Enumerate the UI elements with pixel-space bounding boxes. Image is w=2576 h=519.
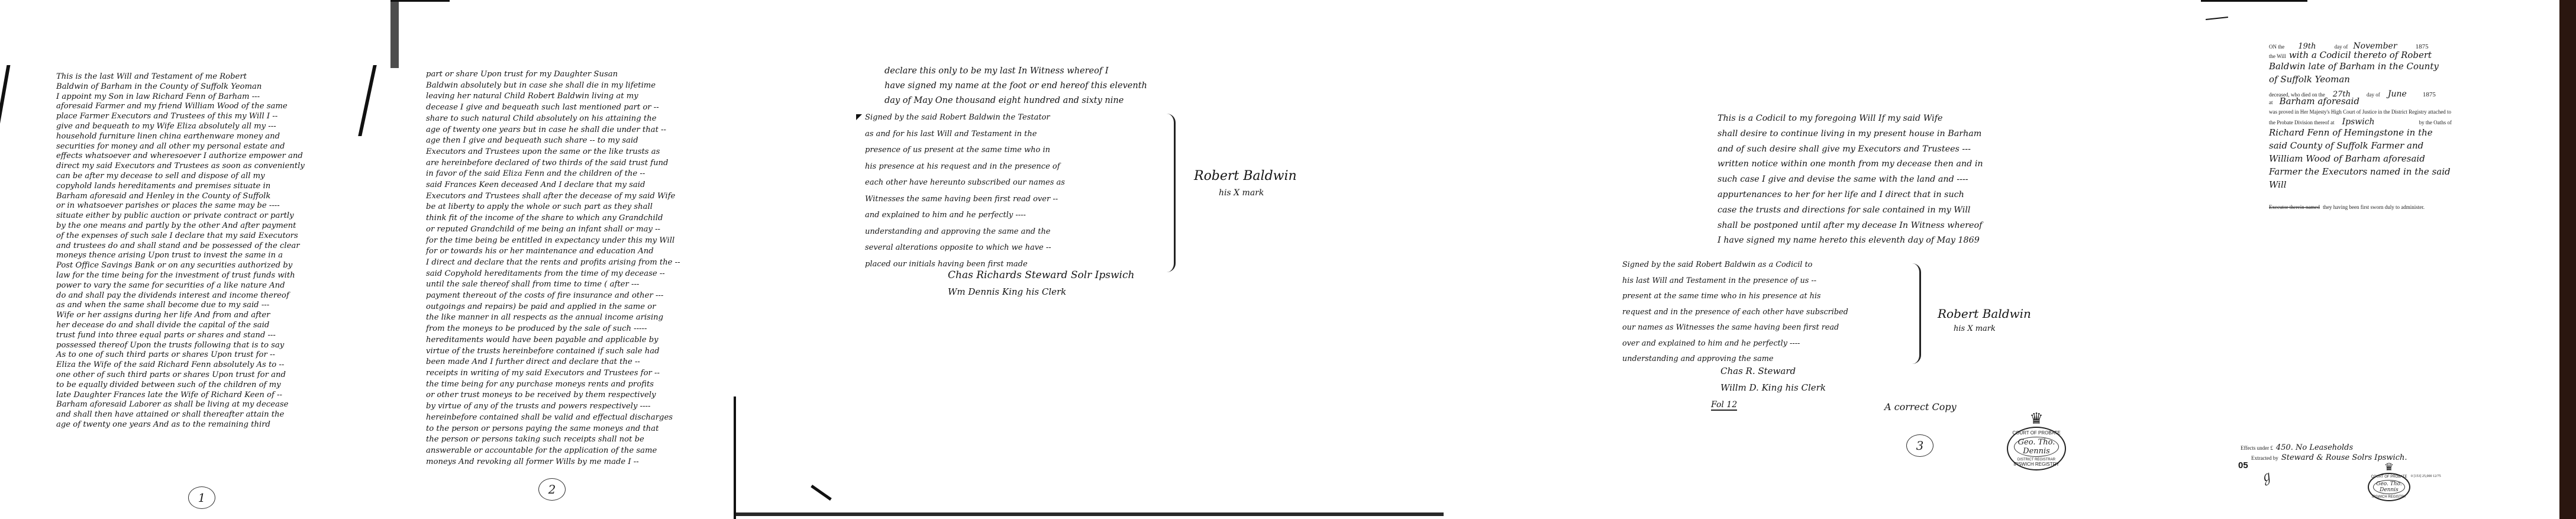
text-line: his last Will and Testament in the prese… xyxy=(1622,273,1848,289)
margin-stroke xyxy=(2206,17,2228,20)
will-page-2-text: part or share Upon trust for my Daughter… xyxy=(426,69,680,468)
text-line: the time being for any purchase moneys r… xyxy=(426,379,680,391)
text-line: law for the time being for the investmen… xyxy=(56,271,305,281)
codicil-page: This is a Codicil to my foregoing Will I… xyxy=(1562,0,2154,519)
text-line: as and for his last Will and Testament i… xyxy=(865,126,1065,143)
text-line: for or towards his or her maintenance an… xyxy=(426,246,680,257)
will-of-line-2: Baldwin late of Barham in the County xyxy=(2269,61,2439,72)
text-line: presence of us present at the same time … xyxy=(865,142,1065,159)
page-edge-shadow xyxy=(0,65,10,142)
text-line: said Copyhold hereditaments from the tim… xyxy=(426,269,680,280)
codicil-witness-2: Willm D. King his Clerk xyxy=(1720,382,1826,393)
text-line: hereinbefore contained shall be valid an… xyxy=(426,412,680,424)
text-line: Executors and Trustees shall after the d… xyxy=(426,191,680,202)
text-line: for the time being be entitled in expect… xyxy=(426,236,680,247)
text-line: Executors and Trustees upon the same or … xyxy=(426,147,680,158)
text-line: said Frances Keen deceased And I declare… xyxy=(426,180,680,191)
text-line: our names as Witnesses the same having b… xyxy=(1622,320,1848,336)
proved-statement-2: the Probate Division thereof at Ipswich … xyxy=(2269,115,2452,127)
text-line: such case I give and devise the same wit… xyxy=(1718,172,1983,188)
text-line: Signed by the said Robert Baldwin the Te… xyxy=(865,109,1065,126)
text-line: Post Office Savings Bank or on any secur… xyxy=(56,261,305,271)
text-line: shall be postponed until after my deceas… xyxy=(1718,218,1983,234)
text-line: Barham aforesaid Laborer as shall be liv… xyxy=(56,400,305,410)
text-line: possessed thereof Upon the trusts follow… xyxy=(56,341,305,351)
probate-court-seal: ♛ COURT OF PROBATE Geo. Tho. Dennis DIST… xyxy=(2007,411,2066,470)
page-number-3: 3 xyxy=(1906,434,1933,457)
text-line: decease I give and bequeath such last me… xyxy=(426,102,680,114)
text-line: virtue of the trusts hereinbefore contai… xyxy=(426,346,680,357)
text-line: copyhold lands hereditaments and premise… xyxy=(56,182,305,192)
text-line: are hereinbefore declared of two thirds … xyxy=(426,158,680,169)
text-line: day of May One thousand eight hundred an… xyxy=(885,94,1147,108)
certification-text: A correct Copy xyxy=(1884,401,1957,412)
text-line: think fit of the income of the share to … xyxy=(426,213,680,224)
text-line: and shall then have attained or shall th… xyxy=(56,410,305,420)
text-line: Richard Fenn of Hemingstone in the xyxy=(2269,126,2451,139)
text-line: shall desire to continue living in my pr… xyxy=(1718,127,1983,142)
text-line: trust fund into three equal parts or sha… xyxy=(56,331,305,341)
text-line: give and bequeath to my Wife Eliza absol… xyxy=(56,122,305,132)
text-line: can be after my decease to sell and disp… xyxy=(56,172,305,182)
text-line: moneys And revoking all former Wills by … xyxy=(426,457,680,468)
codicil-testator-signature: Robert Baldwin xyxy=(1938,307,2031,321)
text-line: age of twenty one years but in case he s… xyxy=(426,125,680,136)
death-place-line: at Barham aforesaid xyxy=(2269,95,2359,107)
text-line: power to vary the same for securities of… xyxy=(56,281,305,291)
text-line: securities for money and all other my pe… xyxy=(56,142,305,152)
text-line: appurtenances to her for her life and I … xyxy=(1718,188,1983,203)
text-line: direct my said Executors and Trustees as… xyxy=(56,162,305,172)
text-line: until the sale thereof shall from time t… xyxy=(426,279,680,291)
text-line: the like manner in all respects as the a… xyxy=(426,312,680,324)
probate-registry-seal: ♛ COURT OF PROBATE Geo. Tho. Dennis IPSW… xyxy=(2368,462,2410,501)
text-line: do and shall pay the dividends interest … xyxy=(56,291,305,301)
text-line: to be equally divided between such of th… xyxy=(56,381,305,391)
page-top-border xyxy=(2201,0,2307,2)
codicil-attestation-brace xyxy=(1912,263,1921,364)
text-line: age then I give and bequeath such share … xyxy=(426,136,680,147)
text-line: Farmer the Executors named in the said xyxy=(2269,165,2451,178)
text-line: payment thereout of the costs of fire in… xyxy=(426,291,680,302)
text-line: share to such natural Child absolutely o… xyxy=(426,114,680,125)
will-of-line-3: of Suffolk Yeoman xyxy=(2269,74,2350,85)
text-line: request and in the presence of each othe… xyxy=(1622,305,1848,321)
text-line: situate either by public auction or priv… xyxy=(56,211,305,221)
text-line: I appoint my Son in law Richard Fenn of … xyxy=(56,92,305,102)
registrar-initials: ℊ xyxy=(2255,466,2276,488)
crown-icon: ♛ xyxy=(2368,462,2410,473)
margin-number: 05 xyxy=(2238,460,2248,470)
text-line: each other have hereunto subscribed our … xyxy=(865,175,1065,191)
will-page-2: part or share Upon trust for my Daughter… xyxy=(390,0,728,519)
scan-edge-strip xyxy=(2559,0,2576,519)
text-line: over and explained to him and he perfect… xyxy=(1622,336,1848,352)
text-line: hereditaments would have been payable an… xyxy=(426,335,680,346)
text-line: I direct and declare that the rents and … xyxy=(426,257,680,269)
will-page-3-attestation: declare this only to be my last In Witne… xyxy=(734,0,1444,519)
text-line: and of such desire shall give my Executo… xyxy=(1718,142,1983,157)
text-line: several alterations opposite to which we… xyxy=(865,240,1065,256)
text-line: understanding and approving the same xyxy=(1622,352,1848,368)
text-line: her decease do and shall divide the capi… xyxy=(56,321,305,331)
text-line: and explained to him and he perfectly --… xyxy=(865,207,1065,224)
text-line: As to one of such third parts or shares … xyxy=(56,350,305,360)
text-line: answerable or accountable for the applic… xyxy=(426,446,680,457)
text-line: Eliza the Wife of the said Richard Fenn … xyxy=(56,360,305,370)
text-line: or other trust moneys to be received by … xyxy=(426,390,680,401)
testator-signature: Robert Baldwin xyxy=(1194,169,1297,183)
extracted-line: Extracted by Steward & Rouse Solrs Ipswi… xyxy=(2251,451,2407,462)
page-top-border xyxy=(390,0,450,2)
corner-mark xyxy=(856,114,862,120)
text-line: I have signed my name hereto this eleven… xyxy=(1718,233,1983,249)
text-line: This is a Codicil to my foregoing Will I… xyxy=(1718,111,1983,127)
codicil-testator-mark: his X mark xyxy=(1954,324,1996,333)
text-line: Barham aforesaid and Henley in the Count… xyxy=(56,192,305,202)
text-line: have signed my name at the foot or end h… xyxy=(885,79,1147,94)
crown-icon: ♛ xyxy=(2007,411,2066,427)
text-line: be at liberty to apply the whole or such… xyxy=(426,202,680,213)
text-line: by virtue of any of the trusts and power… xyxy=(426,401,680,412)
text-line: Baldwin of Barham in the County of Suffo… xyxy=(56,82,305,92)
text-line: Signed by the said Robert Baldwin as a C… xyxy=(1622,257,1848,273)
text-line: receipts in writing of my said Executors… xyxy=(426,368,680,379)
text-line: from the moneys to be produced by the sa… xyxy=(426,324,680,335)
text-line: moneys thence arising Upon trust to inve… xyxy=(56,251,305,261)
text-line: his presence at his request and in the p… xyxy=(865,159,1065,175)
probate-grant-page: ON the 19th day of November 1875 the Wil… xyxy=(2177,0,2576,519)
text-line: Witnesses the same having been first rea… xyxy=(865,191,1065,208)
text-line: aforesaid Farmer and my friend William W… xyxy=(56,102,305,112)
text-line: written notice within one month from my … xyxy=(1718,157,1983,172)
text-line: leaving her natural Child Robert Baldwin… xyxy=(426,91,680,102)
text-line: late Daughter Frances late the Wife of R… xyxy=(56,391,305,401)
text-line: household furniture linen china earthenw… xyxy=(56,132,305,142)
text-line: in favor of the said Eliza Fenn and the … xyxy=(426,169,680,180)
text-line: one other of such third parts or shares … xyxy=(56,370,305,381)
text-line: outgoings and repairs) be paid and appli… xyxy=(426,302,680,313)
witness-1-signature: Chas Richards Steward Solr Ipswich xyxy=(948,269,1134,281)
text-line: present at the same time who in his pres… xyxy=(1622,289,1848,305)
page-corner-fold xyxy=(734,396,736,519)
text-line: by the one means and partly by the other… xyxy=(56,221,305,231)
codicil-witness-1: Chas R. Steward xyxy=(1720,366,1796,376)
page-fold-mark xyxy=(811,485,832,501)
print-code: 0 [153] 25,000 12/75 xyxy=(2411,475,2441,478)
text-line: said County of Suffolk Farmer and xyxy=(2269,139,2451,152)
text-line: effects whatsoever and wheresoever I aut… xyxy=(56,151,305,162)
text-line: understanding and approving the same and… xyxy=(865,224,1065,240)
page-bottom-edge xyxy=(734,512,1444,516)
text-line: of the expenses of such sale I declare t… xyxy=(56,231,305,241)
page-edge-shadow xyxy=(390,0,399,68)
page-divider-1 xyxy=(358,65,377,136)
codicil-text: This is a Codicil to my foregoing Will I… xyxy=(1718,111,1983,249)
page-number-2: 2 xyxy=(538,478,566,501)
text-line: been made And I further direct and decla… xyxy=(426,357,680,368)
text-line: declare this only to be my last In Witne… xyxy=(885,64,1147,79)
will-of-line: the Will with a Codicil thereto of Rober… xyxy=(2269,49,2432,60)
attestation-brace xyxy=(1167,114,1176,272)
text-line: place Farmer Executors and Trustees of t… xyxy=(56,112,305,122)
text-line: This is the last Will and Testament of m… xyxy=(56,72,305,82)
attestation-clause: Signed by the said Robert Baldwin the Te… xyxy=(865,109,1065,272)
will-page-1: This is the last Will and Testament of m… xyxy=(0,0,355,519)
testator-mark: his X mark xyxy=(1219,188,1264,198)
text-line: as and when the same shall become due to… xyxy=(56,301,305,311)
text-line: Will xyxy=(2269,178,2451,191)
sworn-line: Executor therein named they having been … xyxy=(2269,200,2425,211)
witness-2-signature: Wm Dennis King his Clerk xyxy=(948,286,1066,297)
text-line: to the person or persons paying the same… xyxy=(426,424,680,435)
text-line: part or share Upon trust for my Daughter… xyxy=(426,69,680,80)
text-line: Wife or her assigns during her life And … xyxy=(56,311,305,321)
text-line: Baldwin absolutely but in case she shall… xyxy=(426,80,680,92)
text-line: William Wood of Barham aforesaid xyxy=(2269,152,2451,165)
proved-statement-1: was proved in Her Majesty's High Court o… xyxy=(2269,109,2451,115)
will-page-1-text: This is the last Will and Testament of m… xyxy=(56,72,305,430)
text-line: and trustees do and shall stand and be p… xyxy=(56,241,305,252)
text-line: or reputed Grandchild of me being an inf… xyxy=(426,224,680,236)
text-line: the person or persons taking such receip… xyxy=(426,434,680,446)
text-line: case the trusts and directions for sale … xyxy=(1718,203,1983,218)
codicil-attestation-clause: Signed by the said Robert Baldwin as a C… xyxy=(1622,257,1848,368)
page-number-1: 1 xyxy=(188,486,215,509)
executors-text: Richard Fenn of Hemingstone in thesaid C… xyxy=(2269,126,2451,191)
text-line: age of twenty one years And as to the re… xyxy=(56,420,305,430)
folio-number: Fol 12 xyxy=(1711,400,1737,411)
declaration-text: declare this only to be my last In Witne… xyxy=(885,64,1147,108)
text-line: or in whatsoever parishes or places the … xyxy=(56,201,305,211)
